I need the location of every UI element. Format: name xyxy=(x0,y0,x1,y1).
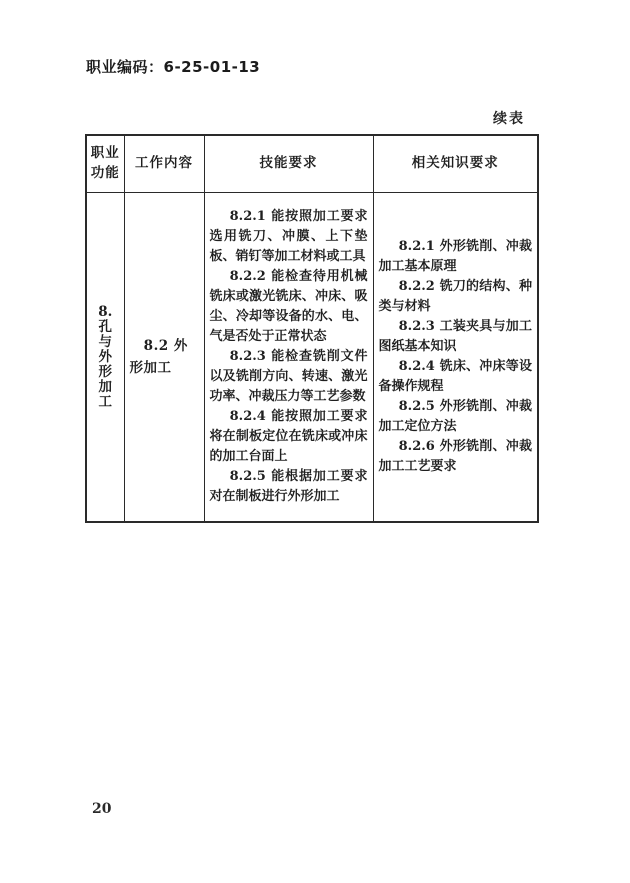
col-header-occupational-function: 职业功能 xyxy=(86,135,124,193)
knowledge-requirement-item: 8.2.3 工装夹具与加工图纸基本知识 xyxy=(379,317,533,357)
cell-occupational-function: 8.孔与外形加工 xyxy=(86,193,124,523)
skill-requirement-item: 8.2.5 能根据加工要求对在制板进行外形加工 xyxy=(210,467,368,507)
function-label-char: 8. xyxy=(92,305,119,320)
function-label-char: 孔 xyxy=(92,320,119,335)
col-header-work-content: 工作内容 xyxy=(124,135,204,193)
knowledge-requirement-item: 8.2.4 铣床、冲床等设备操作规程 xyxy=(379,357,533,397)
col-header-skill-requirements: 技能要求 xyxy=(204,135,373,193)
knowledge-requirement-item: 8.2.1 外形铣削、冲裁加工基本原理 xyxy=(379,237,533,277)
table-header-row: 职业功能 工作内容 技能要求 相关知识要求 xyxy=(86,135,538,193)
continued-table-label: 续表 xyxy=(85,108,525,128)
cell-work-content: 8.2 外形加工 xyxy=(124,193,204,523)
function-label-char: 工 xyxy=(92,395,119,410)
skill-requirement-item: 8.2.2 能检查待用机械铣床或激光铣床、冲床、吸尘、冷却等设备的水、电、气是否… xyxy=(210,267,368,347)
knowledge-requirement-item: 8.2.5 外形铣削、冲裁加工定位方法 xyxy=(379,397,533,437)
work-content-label: 8.2 外形加工 xyxy=(130,335,199,379)
skill-requirement-item: 8.2.3 能检查铣削文件以及铣削方向、转速、激光功率、冲裁压力等工艺参数 xyxy=(210,347,368,407)
cell-knowledge-requirements: 8.2.1 外形铣削、冲裁加工基本原理8.2.2 铣刀的结构、种类与材料8.2.… xyxy=(373,193,538,523)
col-header-knowledge-requirements: 相关知识要求 xyxy=(373,135,538,193)
document-page: 职业编码：6-25-01-13 续表 职业功能 工作内容 技能要求 相关知识要求… xyxy=(0,0,630,883)
table-row: 8.孔与外形加工 8.2 外形加工 8.2.1 能按照加工要求选用铣刀、冲膜、上… xyxy=(86,193,538,523)
page-number: 20 xyxy=(92,801,111,817)
function-label-char: 加 xyxy=(92,380,119,395)
occupation-code: 职业编码：6-25-01-13 xyxy=(86,56,260,77)
function-label-char: 外 xyxy=(92,350,119,365)
function-vertical-label: 8.孔与外形加工 xyxy=(92,305,119,410)
function-label-char: 与 xyxy=(92,335,119,350)
requirements-table: 职业功能 工作内容 技能要求 相关知识要求 8.孔与外形加工 8.2 外形加工 … xyxy=(85,134,539,523)
knowledge-requirement-item: 8.2.2 铣刀的结构、种类与材料 xyxy=(379,277,533,317)
knowledge-requirement-item: 8.2.6 外形铣削、冲裁加工工艺要求 xyxy=(379,437,533,477)
cell-skill-requirements: 8.2.1 能按照加工要求选用铣刀、冲膜、上下垫板、销钉等加工材料或工具8.2.… xyxy=(204,193,373,523)
skill-requirement-item: 8.2.1 能按照加工要求选用铣刀、冲膜、上下垫板、销钉等加工材料或工具 xyxy=(210,207,368,267)
skill-requirement-item: 8.2.4 能按照加工要求将在制板定位在铣床或冲床的加工台面上 xyxy=(210,407,368,467)
function-label-char: 形 xyxy=(92,365,119,380)
